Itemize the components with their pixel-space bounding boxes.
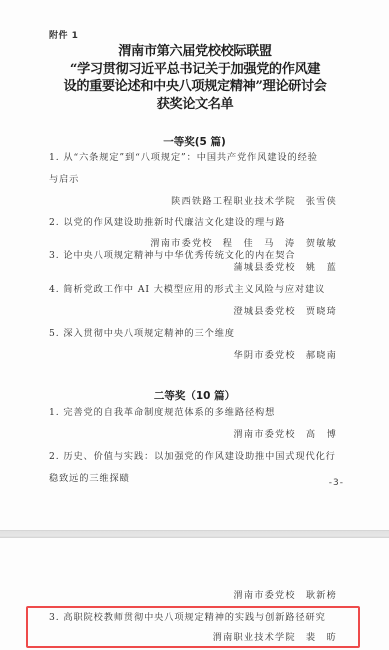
entry-authors: 张雪侠: [306, 196, 337, 207]
entry-org: 渭南市委党校: [234, 429, 296, 440]
entry-title: 4. 简析党政工作中 AI 大模型应用的形式主义风险与应对建议: [49, 284, 325, 296]
document-title: 渭南市第六届党校校际联盟 “学习贯彻习近平总书记关于加强党的作风建 设的重要论述…: [40, 43, 350, 113]
highlight-box: [26, 606, 360, 648]
entry-authors: 高 博: [306, 429, 337, 440]
document-page-3: 附件 1 渭南市第六届党校校际联盟 “学习贯彻习近平总书记关于加强党的作风建 设…: [0, 0, 389, 530]
first-prize-heading: 一等奖(5 篇): [0, 134, 389, 149]
attachment-label: 附件 1: [49, 28, 78, 41]
entry-title-cont: 与启示: [49, 174, 79, 186]
entry-org: 蒲城县委党校: [234, 262, 296, 273]
second-prize-heading: 二等奖（10 篇）: [0, 388, 389, 403]
entry-org: 澄城县委党校: [234, 306, 296, 317]
entry-org: 华阴市委党校: [234, 350, 296, 361]
entry-author: 渭南市委党校耿新榜: [234, 590, 338, 602]
title-line: 获奖论文名单: [40, 96, 350, 114]
entry-title-cont: 稳致远的三维探赜: [49, 473, 130, 485]
entry-author: 华阴市委党校郝晓南: [234, 350, 338, 362]
entry-authors: 程 佳 马 涛 贺敏敏: [223, 238, 337, 249]
entry-authors: 姚 蓝: [306, 262, 337, 273]
title-line: “学习贯彻习近平总书记关于加强党的作风建: [40, 61, 350, 79]
title-line: 设的重要论述和中央八项规定精神”理论研讨会: [40, 78, 350, 96]
entry-author: 渭南市委党校高 博: [234, 429, 338, 441]
entry-org: 陕西铁路工程职业技术学院: [171, 196, 296, 207]
entry-author: 陕西铁路工程职业技术学院张雪侠: [171, 196, 337, 208]
entry-authors: 郝晓南: [306, 350, 337, 361]
entry-author: 澄城县委党校贾晓琦: [234, 306, 338, 318]
entry-org: 渭南市委党校: [150, 238, 212, 249]
title-line: 渭南市第六届党校校际联盟: [40, 43, 350, 61]
entry-title: 2. 历史、价值与实践：以加强党的作风建设助推中国式现代化行: [49, 451, 336, 463]
entry-title: 1. 从“六条规定”到“八项规定”：中国共产党作风建设的经验: [49, 152, 318, 164]
page-divider: [0, 530, 389, 538]
page-number: -3-: [329, 478, 344, 488]
entry-authors: 贾晓琦: [306, 306, 337, 317]
entry-author: 渭南市委党校程 佳 马 涛 贺敏敏: [150, 238, 337, 250]
entry-org: 渭南市委党校: [234, 590, 296, 601]
entry-authors: 耿新榜: [306, 590, 337, 601]
entry-title: 5. 深入贯彻中央八项规定精神的三个维度: [49, 328, 235, 340]
entry-author: 蒲城县委党校姚 蓝: [234, 262, 338, 274]
entry-title: 3. 论中央八项规定精神与中华优秀传统文化的内在契合: [49, 250, 295, 262]
entry-title: 2. 以党的作风建设助推新时代廉洁文化建设的理与路: [49, 217, 285, 229]
entry-title: 1. 完善党的自我革命制度规范体系的多维路径构想: [49, 407, 275, 419]
